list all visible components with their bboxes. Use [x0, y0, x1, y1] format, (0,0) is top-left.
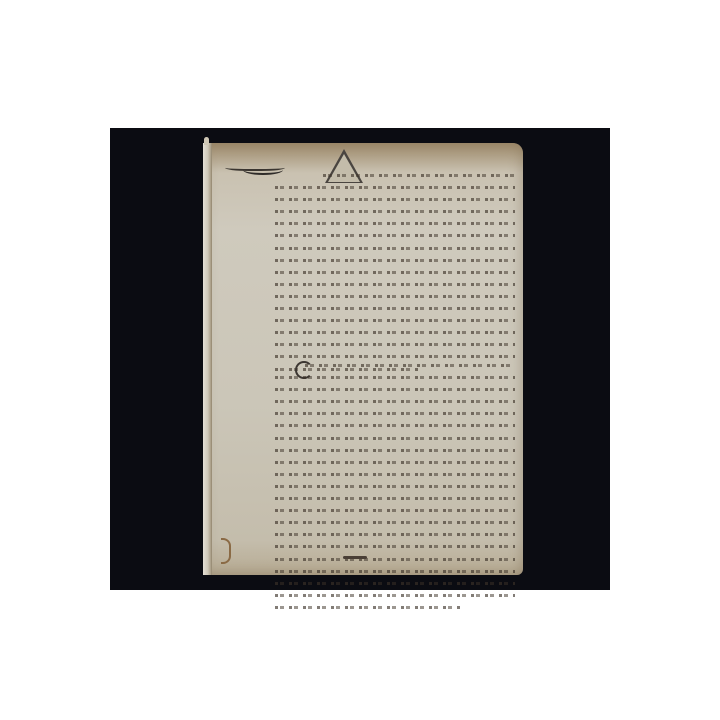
handwriting-line: [275, 480, 515, 491]
handwriting-line: [275, 338, 515, 349]
handwriting-line: [275, 432, 515, 443]
handwriting-line: [275, 314, 515, 325]
handwriting-line: [275, 419, 515, 430]
handwriting-line: [275, 254, 515, 265]
handwriting-line: [275, 302, 515, 313]
handwriting-line: [275, 242, 515, 253]
manuscript-page: [203, 143, 523, 575]
binding-string: [221, 538, 231, 564]
handwriting-line: [305, 359, 515, 370]
handwriting-line: [275, 528, 515, 539]
handwriting-line: [275, 266, 515, 277]
handwriting-line: [275, 444, 515, 455]
handwriting-line: [275, 326, 515, 337]
handwriting-line: [275, 395, 515, 406]
handwriting-line: [275, 229, 515, 240]
handwriting-block-bottom: [275, 359, 515, 613]
handwriting-line: [275, 456, 515, 467]
handwriting-line: [275, 553, 515, 564]
handwriting-line: [275, 540, 515, 551]
handwriting-line: [275, 181, 515, 192]
spine-tip: [204, 137, 209, 145]
handwriting-line: [275, 193, 515, 204]
handwriting-line: [275, 217, 515, 228]
handwriting-line: [275, 589, 515, 600]
folded-spine: [203, 143, 212, 575]
handwriting-line: [275, 290, 515, 301]
handwriting-line: [275, 601, 462, 612]
handwriting-line: [275, 565, 515, 576]
handwriting-line: [275, 492, 515, 503]
handwriting-line: [323, 169, 515, 180]
handwriting-line: [275, 371, 515, 382]
handwriting-line: [275, 468, 515, 479]
handwriting-line: [275, 278, 515, 289]
handwriting-line: [275, 516, 515, 527]
handwriting-line: [275, 577, 515, 588]
handwriting-block-top: [275, 169, 515, 375]
handwriting-line: [275, 407, 515, 418]
handwriting-line: [275, 383, 515, 394]
closing-flourish: [343, 556, 367, 559]
handwriting-line: [275, 504, 515, 515]
handwriting-line: [275, 205, 515, 216]
